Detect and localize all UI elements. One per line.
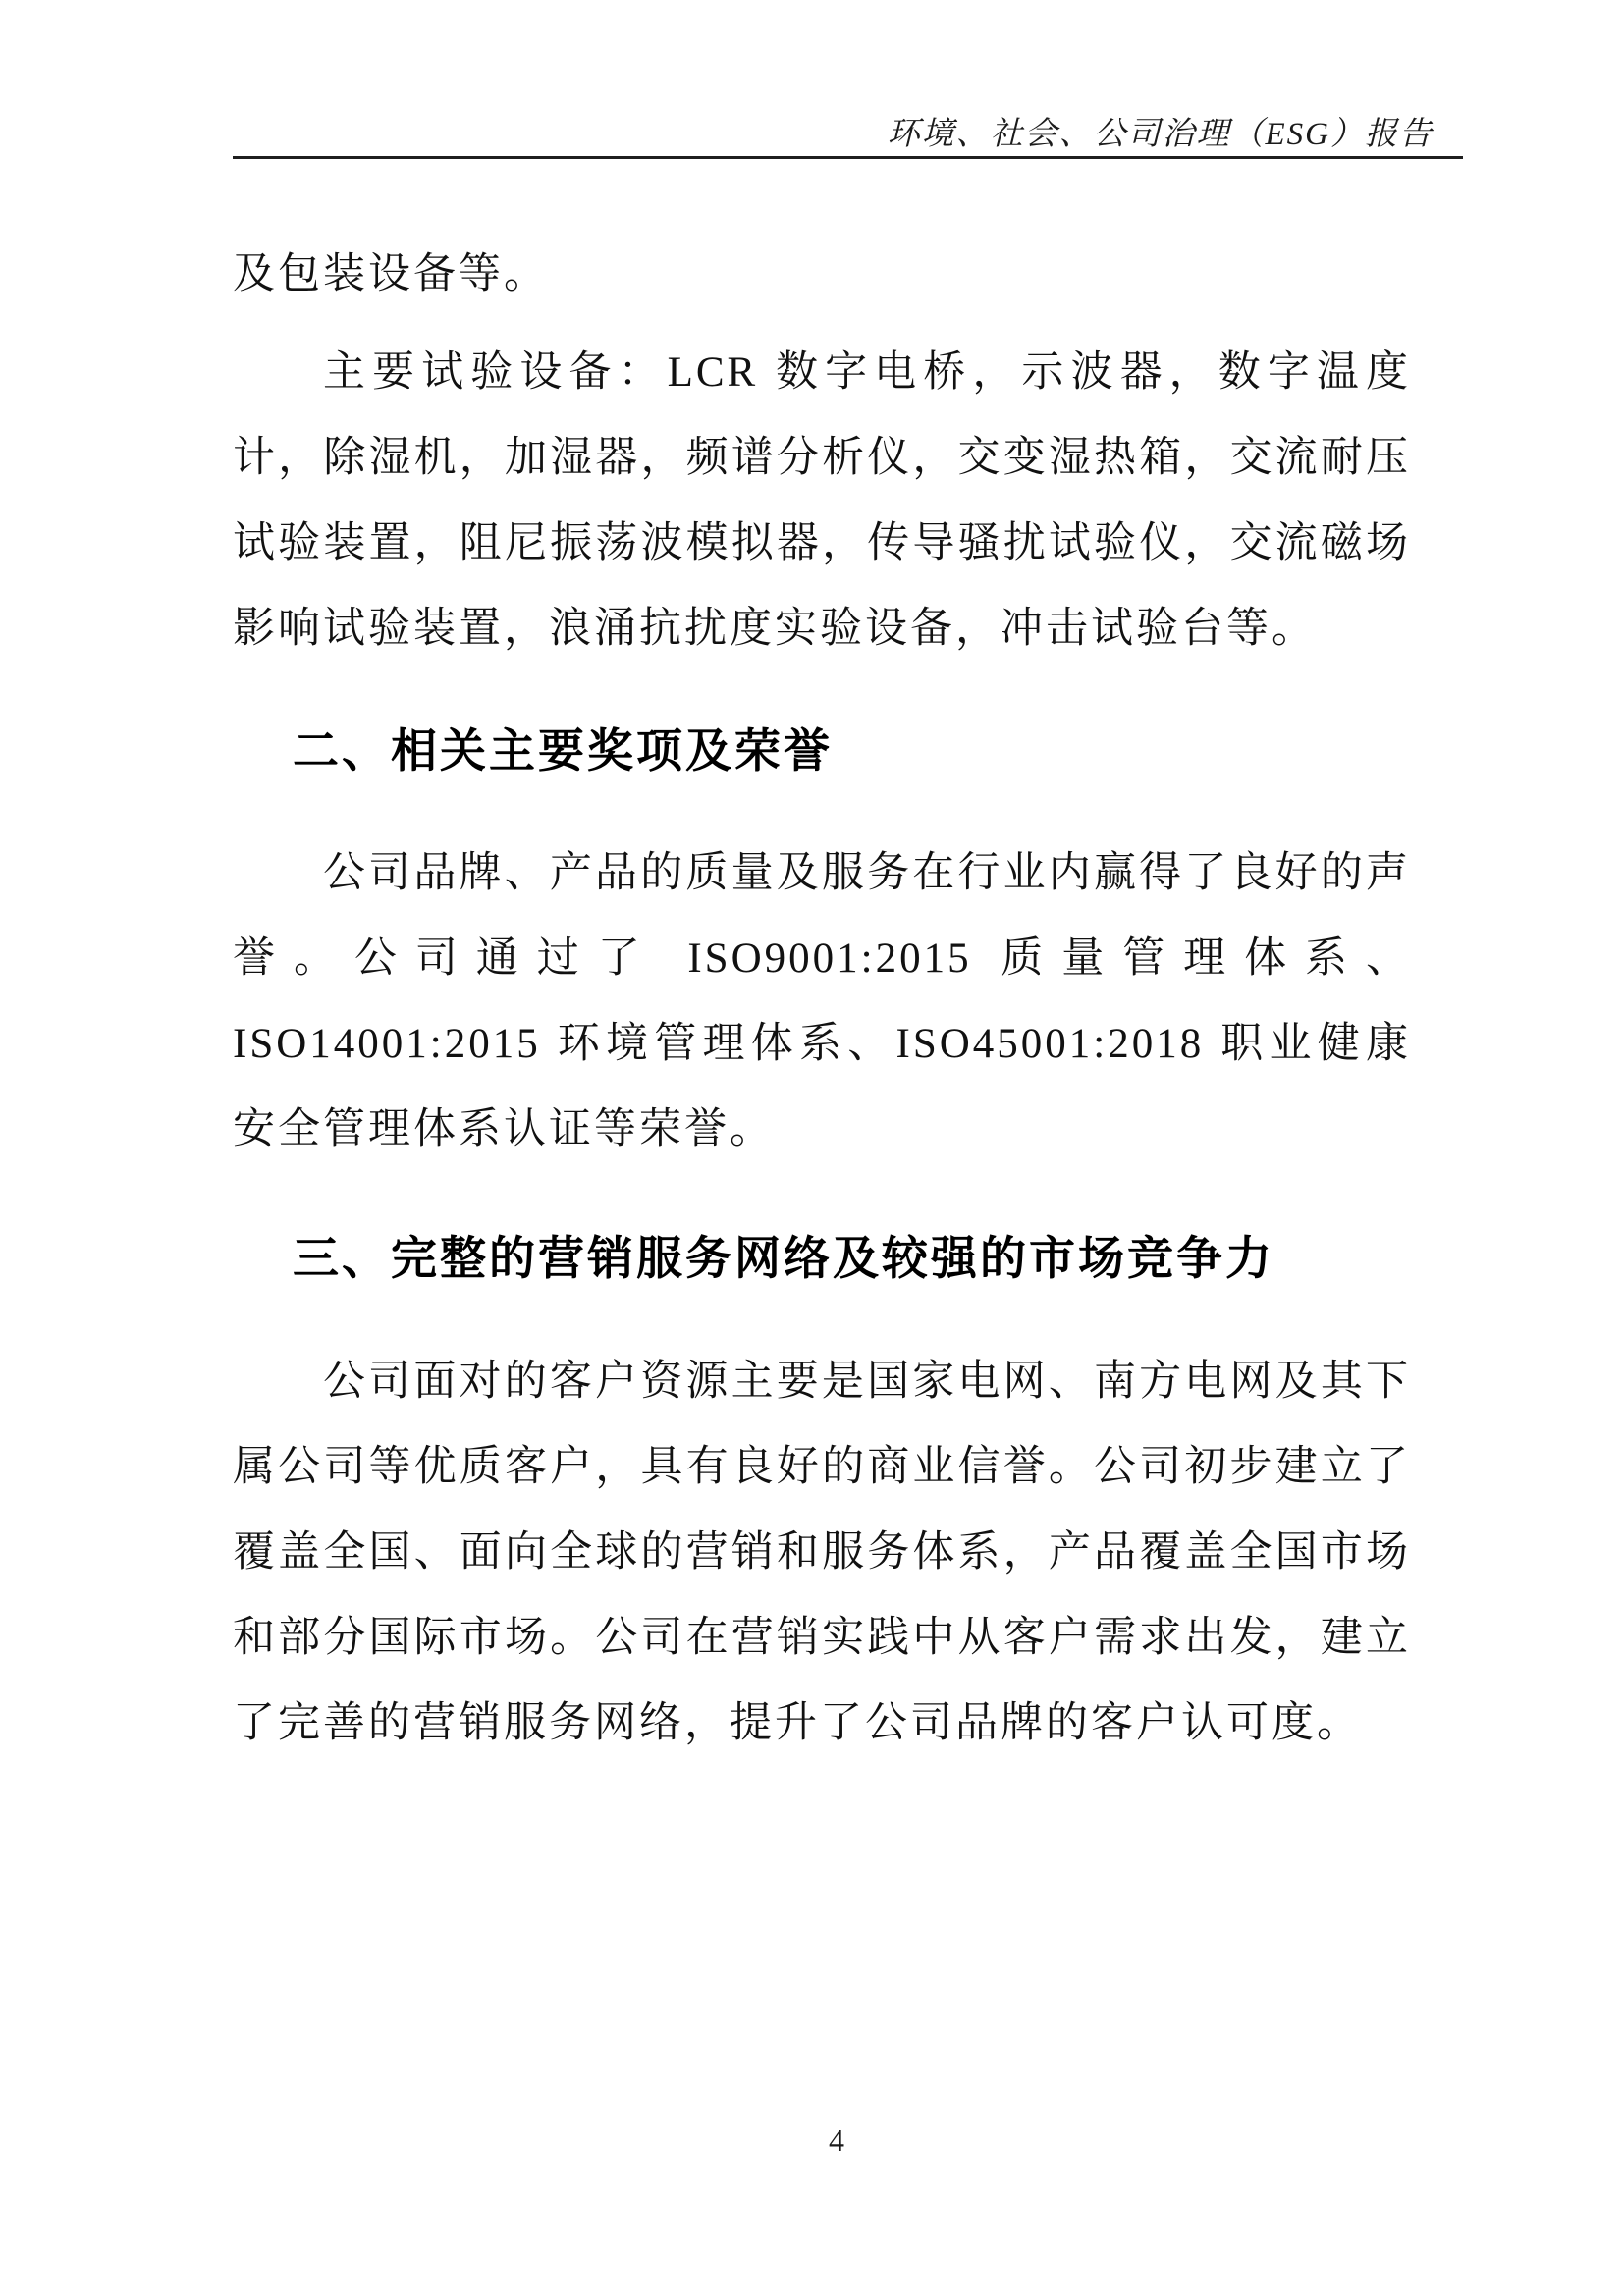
running-header: 环境、社会、公司治理（ESG）报告: [233, 0, 1463, 159]
document-body: 及包装设备等。 主要试验设备：LCR 数字电桥，示波器，数字温度计，除湿机，加湿…: [233, 158, 1411, 1766]
heading-marketing-network: 三、完整的营销服务网络及较强的市场竞争力: [233, 1228, 1411, 1289]
paragraph-marketing-network: 公司面对的客户资源主要是国家电网、南方电网及其下属公司等优质客户，具有良好的商业…: [233, 1339, 1411, 1766]
paragraph-equipment-end: 及包装设备等。: [233, 232, 1411, 317]
paragraph-awards-honors: 公司品牌、产品的质量及服务在行业内赢得了良好的声誉。公司通过了 ISO9001:…: [233, 830, 1411, 1172]
page-footer: 4: [0, 2120, 1624, 2160]
header-title: 环境、社会、公司治理（ESG）报告: [888, 116, 1464, 156]
document-page: 环境、社会、公司治理（ESG）报告 及包装设备等。 主要试验设备：LCR 数字电…: [0, 0, 1624, 2296]
paragraph-test-equipment: 主要试验设备：LCR 数字电桥，示波器，数字温度计，除湿机，加湿器，频谱分析仪，…: [233, 330, 1411, 671]
heading-awards-honors: 二、相关主要奖项及荣誉: [233, 721, 1411, 781]
page-number: 4: [829, 2120, 844, 2160]
